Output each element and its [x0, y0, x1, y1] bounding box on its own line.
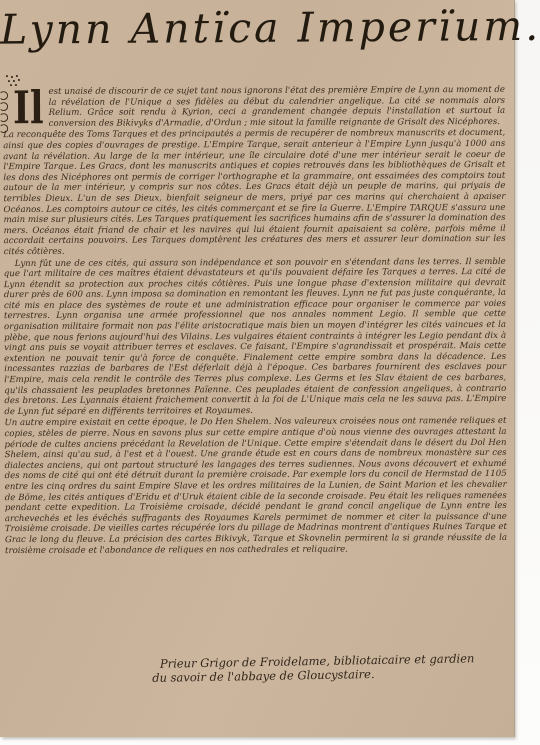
- paragraph-3-text: Lynn fût une de ces cités, qui assura so…: [4, 256, 507, 417]
- paragraph-3: Lynn fût une de ces cités, qui assura so…: [4, 256, 507, 417]
- paragraph-1-text: est unaisé de discourir de ce sujet tant…: [48, 85, 505, 129]
- paragraph-2: La reconquête des Toms Tarques et des pr…: [3, 128, 506, 257]
- manuscript-paper: Lynn Antïca Imperïum.: [0, 0, 514, 737]
- illuminated-initial: Il: [3, 87, 49, 127]
- paragraph-1: Ilest unaisé de discourir de ce sujet ta…: [3, 85, 505, 130]
- manuscript-body: Ilest unaisé de discourir de ce sujet ta…: [3, 85, 507, 557]
- page-title: Lynn Antïca Imperïum.: [0, 2, 478, 53]
- paragraph-2-text: La reconquête des Toms Tarques et des pr…: [3, 128, 506, 257]
- paragraph-4-text: Un autre empire existait en cette époque…: [4, 416, 507, 555]
- signature-block: Prieur Grigor de Froidelame, bibliotaica…: [160, 651, 475, 684]
- paragraph-4: Un autre empire existait en cette époque…: [4, 416, 507, 556]
- scanned-page-scene: Lynn Antïca Imperïum.: [0, 0, 540, 745]
